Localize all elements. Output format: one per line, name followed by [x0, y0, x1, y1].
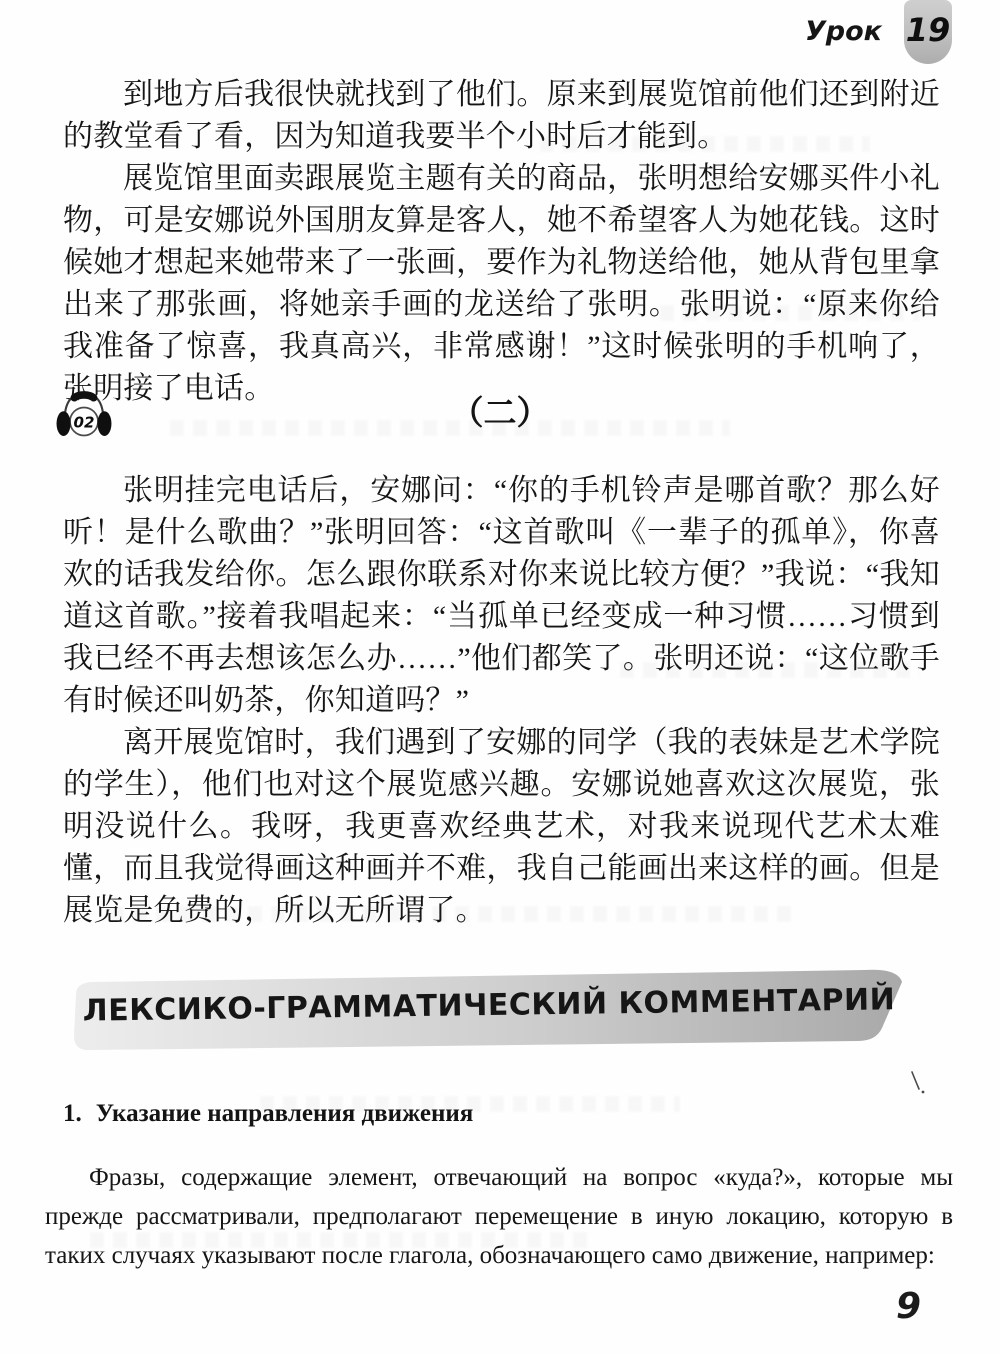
story-paragraph-4: 离开展览馆时，我们遇到了安娜的同学（我的表妹是艺术学院的学生），他们也对这个展览… [63, 722, 940, 932]
commentary-banner: ЛЕКСИКО-ГРАММАТИЧЕСКИЙ КОММЕНТАРИЙ [64, 966, 924, 1056]
story-paragraph-1: 到地方后我很快就找到了他们。原来到展览馆前他们还到附近的教堂看了看，因为知道我要… [63, 74, 940, 158]
lesson-label: Урок [805, 16, 882, 47]
lesson-number-badge: 19 [904, 0, 952, 64]
story-paragraph-2: 展览馆里面卖跟展览主题有关的商品，张明想给安娜买件小礼物，可是安娜说外国朋友算是… [63, 158, 940, 410]
section-2-header: 02 （二） [0, 386, 1000, 450]
story-paragraph-3: 张明挂完电话后，安娜问：“你的手机铃声是哪首歌？那么好听！是什么歌曲？”张明回答… [63, 470, 940, 722]
pen-mark-artifact [905, 1070, 935, 1100]
lesson-number: 19 [906, 11, 951, 49]
commentary-section: 1.Указание направления движения Фразы, с… [45, 1100, 953, 1275]
commentary-item-heading: 1.Указание направления движения [63, 1100, 953, 1128]
commentary-paragraph: Фразы, содержащие элемент, отвечающий на… [45, 1158, 953, 1275]
story-text-part2: 张明挂完电话后，安娜问：“你的手机铃声是哪首歌？那么好听！是什么歌曲？”张明回答… [63, 470, 940, 932]
page-number: 9 [896, 1286, 921, 1327]
textbook-page: Урок 19 到地方后我很快就找到了他们。原来到展览馆前他们还到附近的教堂看了… [0, 0, 1000, 1354]
lesson-header: Урок 19 [805, 0, 952, 64]
commentary-item-number: 1. [63, 1100, 82, 1127]
section-marker: （二） [0, 396, 1000, 432]
commentary-item-title: Указание направления движения [96, 1100, 474, 1127]
story-text-part1: 到地方后我很快就找到了他们。原来到展览馆前他们还到附近的教堂看了看，因为知道我要… [63, 74, 940, 410]
